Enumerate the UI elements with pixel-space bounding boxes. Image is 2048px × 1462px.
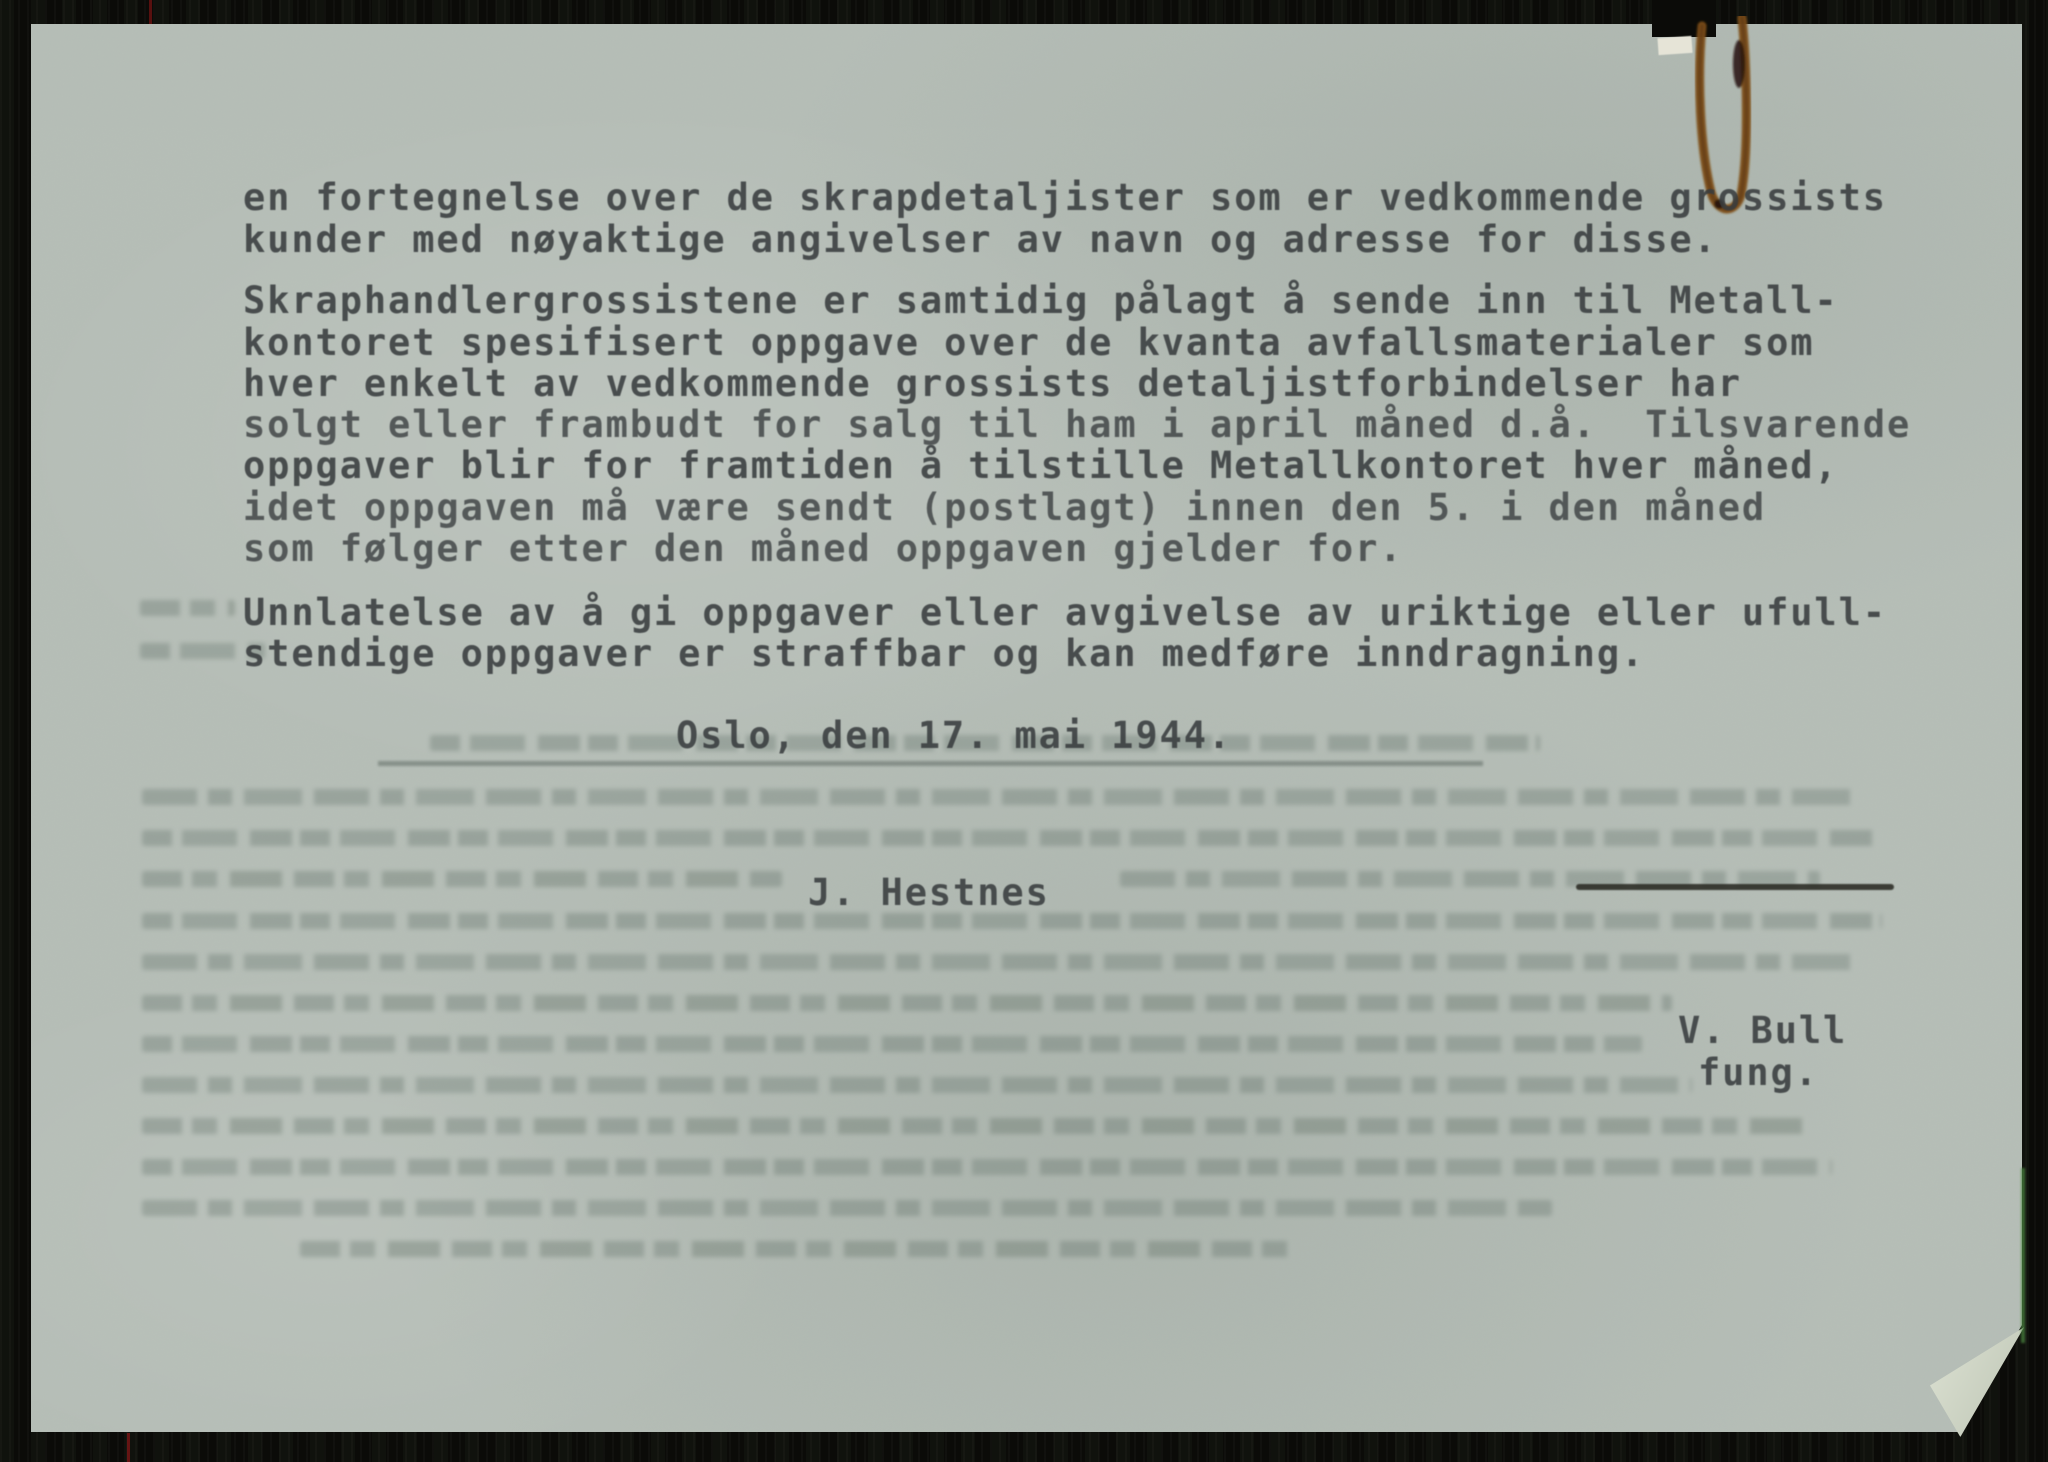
countersignature-title: fung. (1698, 1052, 1819, 1093)
typed-line: idet oppgaven må være sendt (postlagt) i… (243, 487, 1766, 528)
dateline: Oslo, den 17. mai 1944. (676, 715, 1232, 756)
scan-artifact-green-edge (2021, 1168, 2025, 1343)
scanned-letter-page: en fortegnelse over de skrapdetaljister … (0, 0, 2048, 1462)
bleedthrough-line (142, 913, 1882, 929)
bleedthrough-line (142, 1200, 1552, 1216)
typed-line: som følger etter den måned oppgaven gjel… (243, 528, 1403, 569)
scan-artifact-red-line-bottom (127, 1433, 130, 1462)
bleedthrough-underline (378, 761, 1483, 766)
bleedthrough-line (142, 871, 782, 887)
typed-line: solgt eller frambudt for salg til ham i … (243, 404, 1911, 445)
signature-line (1576, 884, 1894, 890)
typed-line: kontoret spesifisert oppgave over de kva… (243, 322, 1814, 363)
bleedthrough-line (142, 789, 1858, 805)
typed-line: Unnlatelse av å gi oppgaver eller avgive… (243, 592, 1887, 633)
typed-line: en fortegnelse over de skrapdetaljister … (243, 177, 1887, 218)
typed-line: hver enkelt av vedkommende grossists det… (243, 363, 1742, 404)
bleedthrough-line (142, 1159, 1832, 1175)
typed-line: Skraphandlergrossistene er samtidig påla… (243, 280, 1839, 321)
bleedthrough-line (142, 830, 1878, 846)
bleedthrough-line (142, 1036, 1642, 1052)
bleedthrough-line (142, 954, 1862, 970)
bleedthrough-line (142, 995, 1672, 1011)
countersignature-name: V. Bull (1678, 1010, 1847, 1051)
typed-line: kunder med nøyaktige angivelser av navn … (243, 219, 1718, 260)
typed-line: stendige oppgaver er straffbar og kan me… (243, 633, 1645, 674)
typed-signature: J. Hestnes (808, 872, 1050, 913)
bleedthrough-line (142, 1118, 1812, 1134)
bleedthrough-line (142, 1077, 1692, 1093)
scan-artifact-red-line-top (149, 0, 152, 24)
bleedthrough-line (300, 1241, 1300, 1257)
bleedthrough-line (140, 600, 235, 616)
typed-line: oppgaver blir for framtiden å tilstille … (243, 445, 1839, 486)
